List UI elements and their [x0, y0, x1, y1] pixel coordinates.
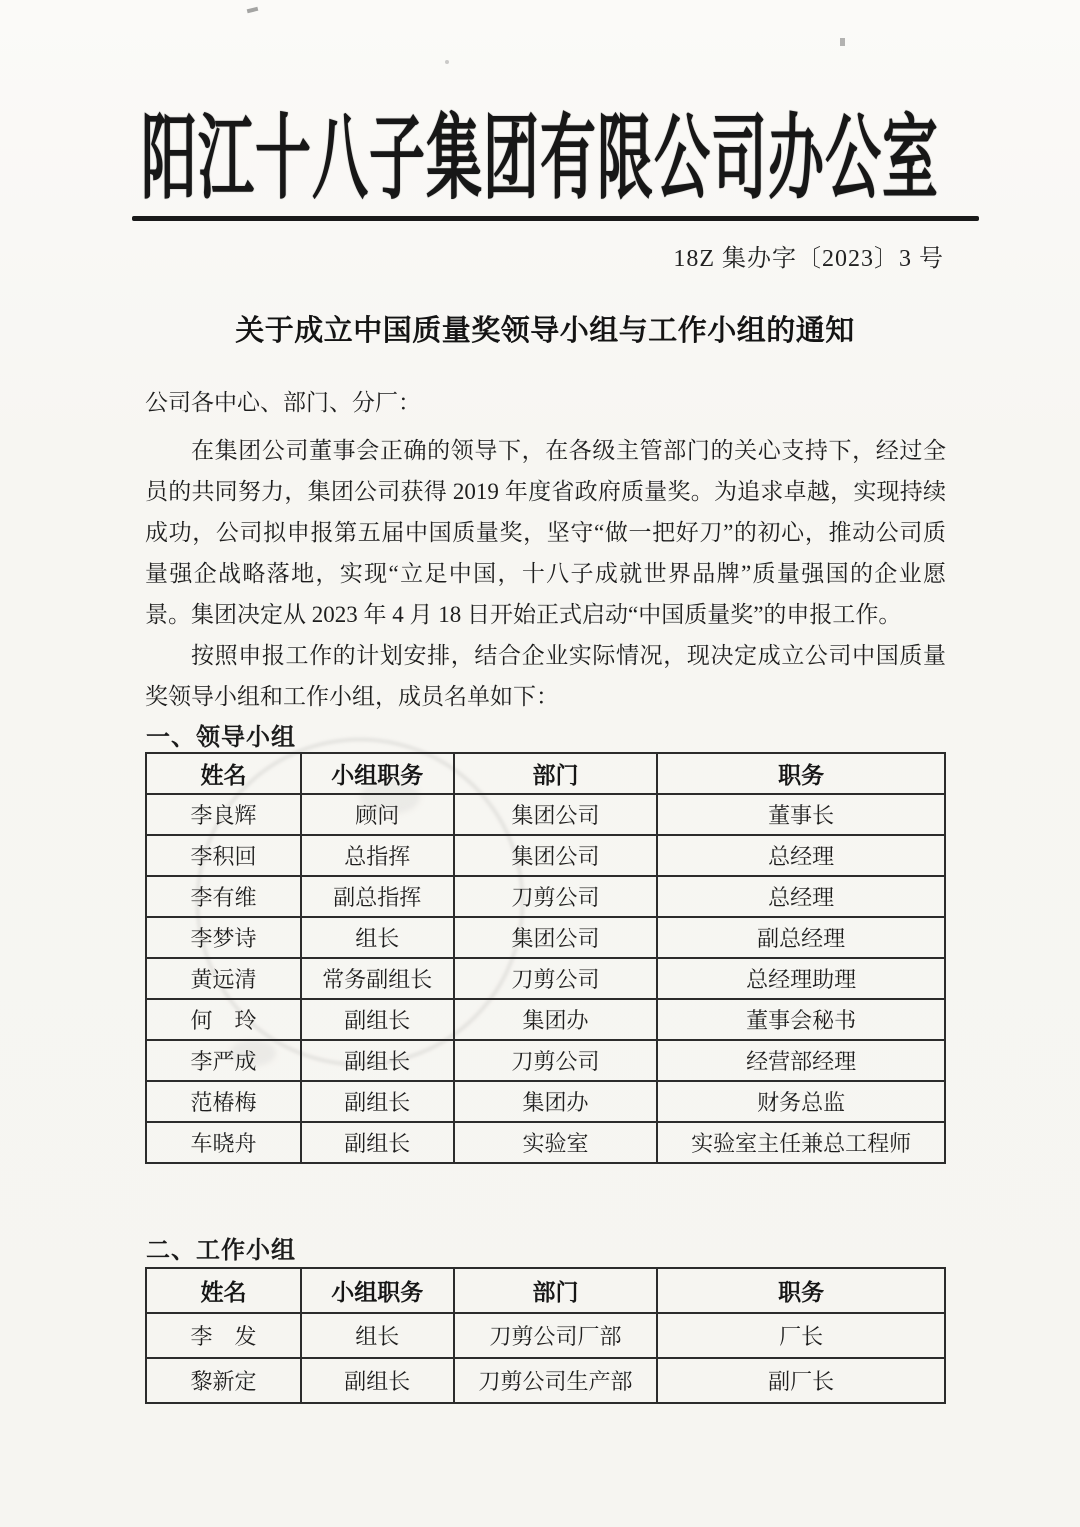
- table-cell: 李梦诗: [146, 917, 301, 958]
- table-cell: 黎新定: [146, 1358, 301, 1403]
- column-header: 部门: [454, 753, 658, 794]
- table-row: 李 发组长刀剪公司厂部厂长: [146, 1313, 945, 1358]
- table-cell: 总指挥: [301, 835, 454, 876]
- table-cell: 车晓舟: [146, 1122, 301, 1163]
- column-header: 姓名: [146, 753, 301, 794]
- table-cell: 副组长: [301, 1358, 454, 1403]
- column-header: 小组职务: [301, 1268, 454, 1313]
- table-cell: 李严成: [146, 1040, 301, 1081]
- table-cell: 刀剪公司: [454, 876, 658, 917]
- table-cell: 常务副组长: [301, 958, 454, 999]
- notice-body: 在集团公司董事会正确的领导下，在各级主管部门的关心支持下，经过全员的共同努力，集…: [145, 430, 946, 717]
- table-header-row: 姓名小组职务部门职务: [146, 753, 945, 794]
- table-cell: 集团公司: [454, 917, 658, 958]
- table-cell: 刀剪公司厂部: [454, 1313, 658, 1358]
- table-cell: 总经理: [657, 876, 945, 917]
- table-cell: 副组长: [301, 999, 454, 1040]
- table-cell: 刀剪公司: [454, 1040, 658, 1081]
- scan-speck: [247, 7, 259, 14]
- table-cell: 李有维: [146, 876, 301, 917]
- table-cell: 董事会秘书: [657, 999, 945, 1040]
- table-row: 车晓舟副组长实验室实验室主任兼总工程师: [146, 1122, 945, 1163]
- table-cell: 实验室: [454, 1122, 658, 1163]
- section-heading-leading-group: 一、领导小组: [146, 717, 296, 752]
- notice-title: 关于成立中国质量奖领导小组与工作小组的通知: [145, 308, 945, 349]
- letterhead-divider-rule: [132, 216, 979, 221]
- table-row: 李良辉顾问集团公司董事长: [146, 794, 945, 835]
- table-row: 李梦诗组长集团公司副总经理: [146, 917, 945, 958]
- table-cell: 厂长: [657, 1313, 945, 1358]
- table-row: 何 玲副组长集团办董事会秘书: [146, 999, 945, 1040]
- table-cell: 实验室主任兼总工程师: [657, 1122, 945, 1163]
- table-cell: 副总经理: [657, 917, 945, 958]
- body-paragraph: 在集团公司董事会正确的领导下，在各级主管部门的关心支持下，经过全员的共同努力，集…: [145, 430, 946, 635]
- table-cell: 刀剪公司生产部: [454, 1358, 658, 1403]
- table-cell: 财务总监: [657, 1081, 945, 1122]
- table-cell: 副组长: [301, 1040, 454, 1081]
- table-row: 范椿梅副组长集团办财务总监: [146, 1081, 945, 1122]
- table-cell: 总经理: [657, 835, 945, 876]
- scan-speck: [840, 38, 845, 46]
- scan-speck: [445, 60, 449, 64]
- table-cell: 集团办: [454, 1081, 658, 1122]
- letterhead-org-name: 阳江十八子集团有限公司办公室: [0, 86, 1080, 218]
- document-number: 18Z 集办字〔2023〕3 号: [673, 238, 944, 273]
- table-cell: 组长: [301, 917, 454, 958]
- column-header: 职务: [657, 753, 945, 794]
- table-cell: 李积回: [146, 835, 301, 876]
- table-row: 黎新定副组长刀剪公司生产部副厂长: [146, 1358, 945, 1403]
- column-header: 职务: [657, 1268, 945, 1313]
- table-cell: 经营部经理: [657, 1040, 945, 1081]
- table-cell: 集团公司: [454, 835, 658, 876]
- table-cell: 总经理助理: [657, 958, 945, 999]
- table-cell: 副组长: [301, 1122, 454, 1163]
- table-cell: 董事长: [657, 794, 945, 835]
- column-header: 小组职务: [301, 753, 454, 794]
- table-cell: 顾问: [301, 794, 454, 835]
- table-row: 李有维副总指挥刀剪公司总经理: [146, 876, 945, 917]
- table-cell: 组长: [301, 1313, 454, 1358]
- working-group-table: 姓名小组职务部门职务李 发组长刀剪公司厂部厂长黎新定副组长刀剪公司生产部副厂长: [145, 1267, 946, 1404]
- table-cell: 集团公司: [454, 794, 658, 835]
- salutation-line: 公司各中心、部门、分厂：: [145, 384, 945, 417]
- column-header: 姓名: [146, 1268, 301, 1313]
- table-cell: 刀剪公司: [454, 958, 658, 999]
- table-cell: 李良辉: [146, 794, 301, 835]
- table-cell: 何 玲: [146, 999, 301, 1040]
- table-cell: 副组长: [301, 1081, 454, 1122]
- table-header-row: 姓名小组职务部门职务: [146, 1268, 945, 1313]
- body-paragraph: 按照申报工作的计划安排，结合企业实际情况，现决定成立公司中国质量奖领导小组和工作…: [145, 635, 946, 717]
- table-cell: 集团办: [454, 999, 658, 1040]
- table-row: 黄远清常务副组长刀剪公司总经理助理: [146, 958, 945, 999]
- leading-group-table: 姓名小组职务部门职务李良辉顾问集团公司董事长李积回总指挥集团公司总经理李有维副总…: [145, 752, 946, 1164]
- table-cell: 李 发: [146, 1313, 301, 1358]
- table-cell: 范椿梅: [146, 1081, 301, 1122]
- table-cell: 副总指挥: [301, 876, 454, 917]
- table-cell: 副厂长: [657, 1358, 945, 1403]
- table-row: 李积回总指挥集团公司总经理: [146, 835, 945, 876]
- table-row: 李严成副组长刀剪公司经营部经理: [146, 1040, 945, 1081]
- column-header: 部门: [454, 1268, 658, 1313]
- table-cell: 黄远清: [146, 958, 301, 999]
- scanned-notice-document: 阳江十八子集团有限公司办公室 18Z 集办字〔2023〕3 号 关于成立中国质量…: [0, 0, 1080, 1527]
- section-heading-working-group: 二、工作小组: [146, 1230, 296, 1265]
